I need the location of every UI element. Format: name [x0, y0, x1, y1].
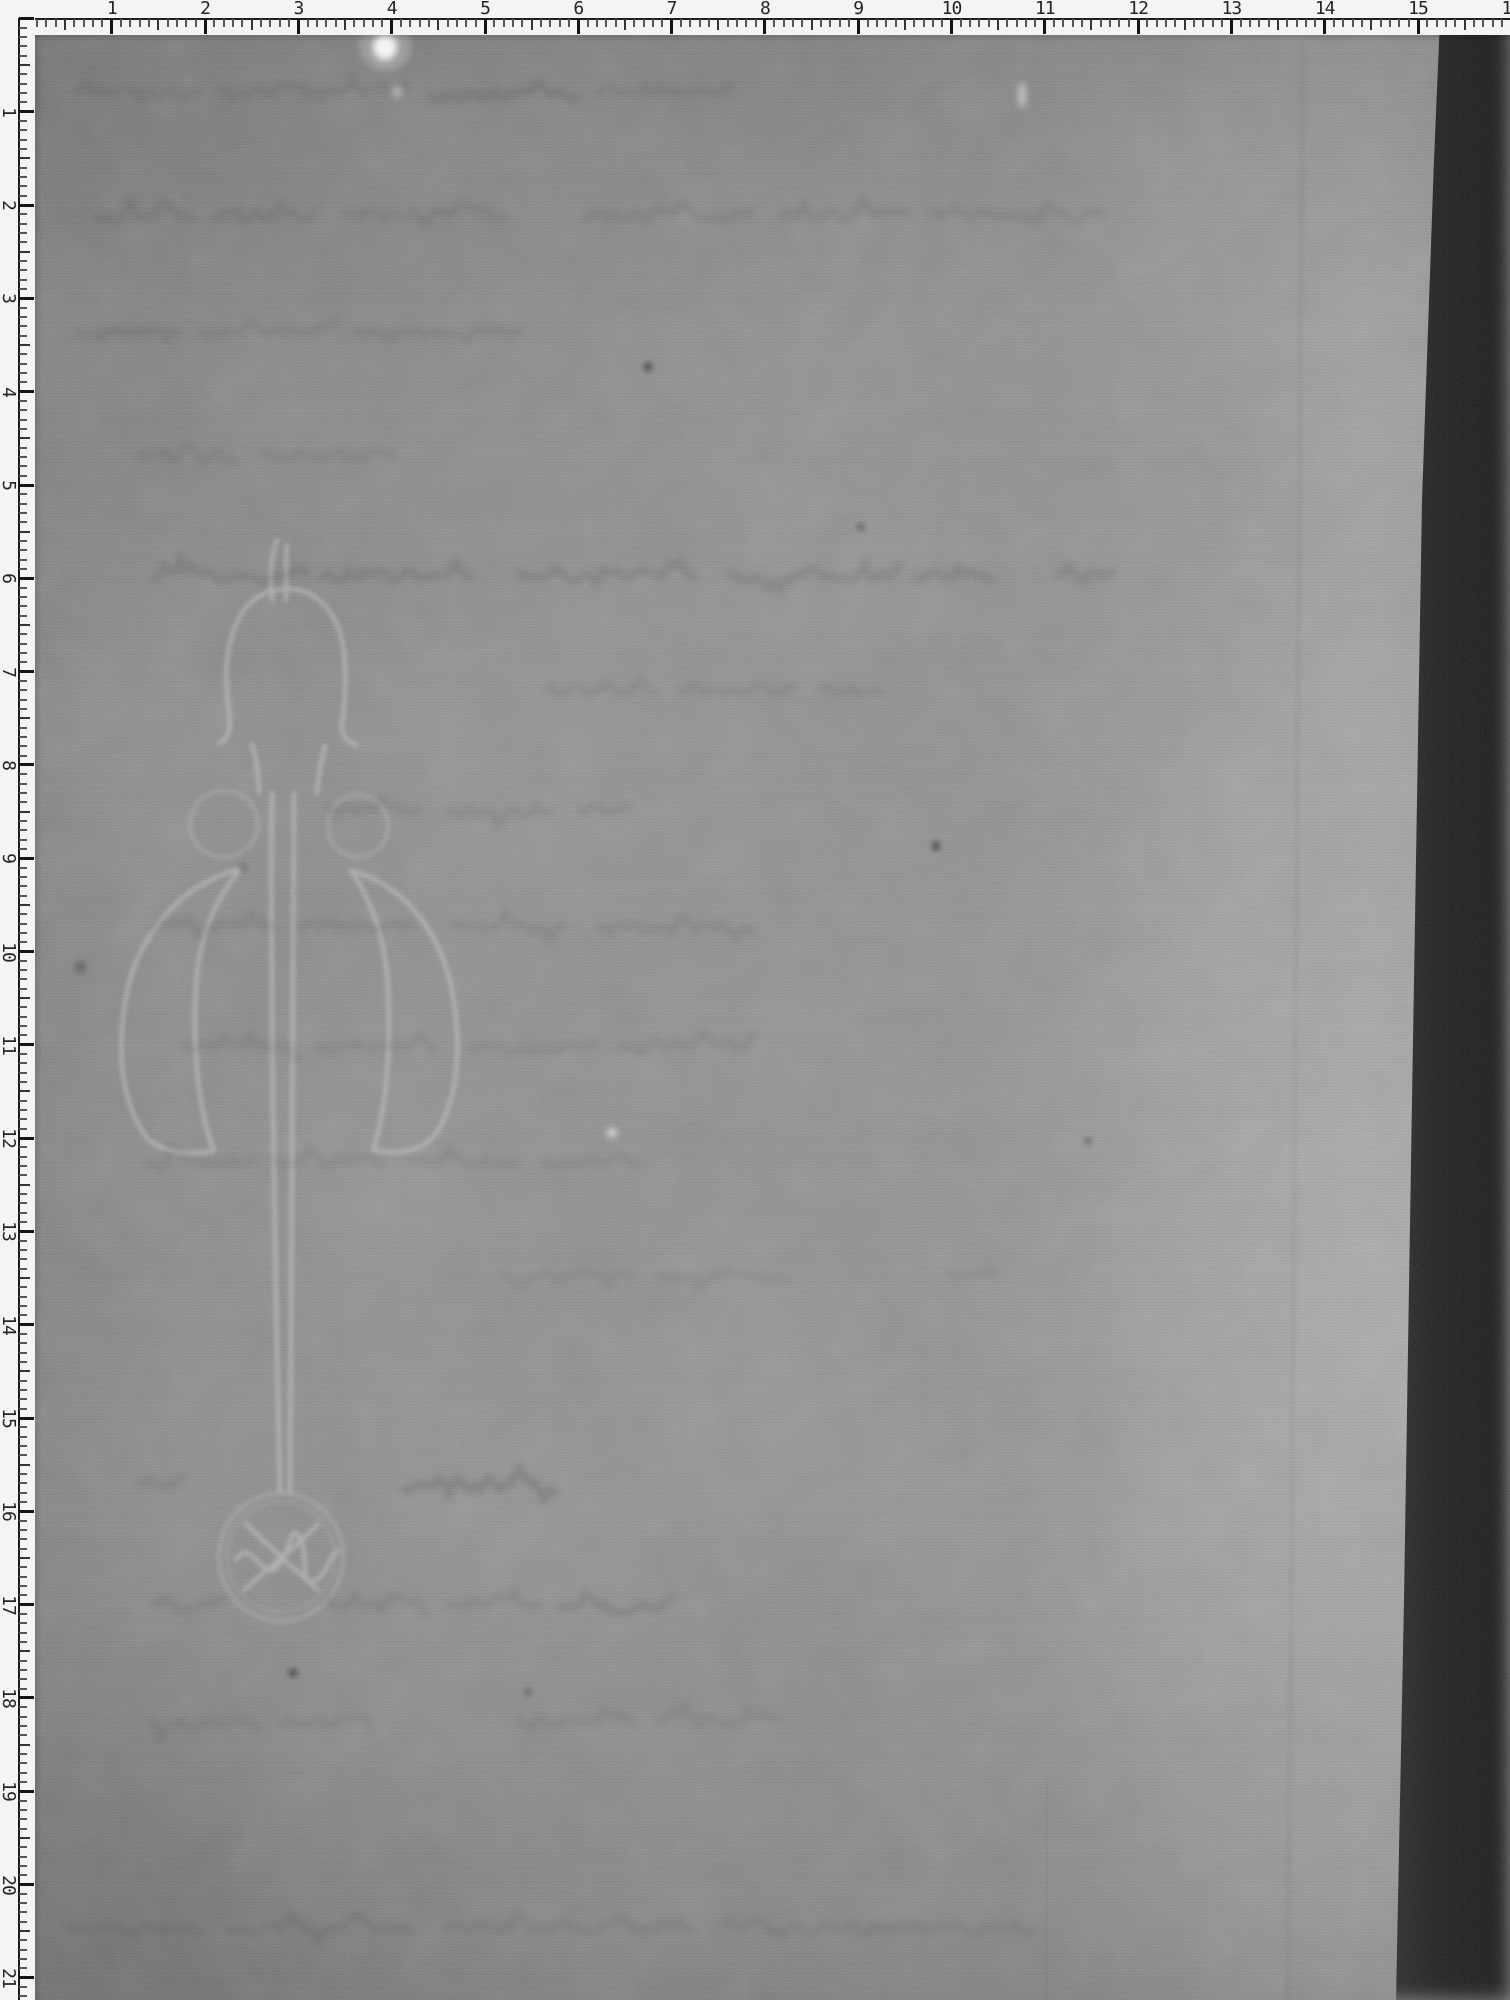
- mm-tick: [325, 19, 327, 27]
- mm-tick: [19, 1557, 30, 1559]
- cm-tick: [19, 297, 34, 300]
- mm-tick: [811, 19, 813, 30]
- mm-tick: [923, 19, 925, 27]
- mm-tick: [447, 19, 449, 27]
- mm-tick: [19, 372, 27, 374]
- mm-tick: [997, 19, 999, 30]
- mm-tick: [19, 1772, 27, 1774]
- mm-tick: [45, 19, 47, 27]
- mm-tick: [19, 1277, 30, 1279]
- mm-tick: [969, 19, 971, 27]
- mm-tick: [19, 1566, 27, 1568]
- mm-tick: [19, 923, 27, 925]
- cm-tick: [19, 670, 34, 673]
- mm-tick: [19, 1240, 27, 1242]
- mm-tick: [316, 19, 318, 27]
- mm-tick: [988, 19, 990, 27]
- ruler-left-label: 13: [0, 1222, 17, 1242]
- mm-tick: [19, 820, 27, 822]
- ruler-left-label: 14: [0, 1315, 17, 1335]
- mm-tick: [19, 1753, 27, 1755]
- mm-tick: [885, 19, 887, 27]
- mm-tick: [19, 1034, 27, 1036]
- ruler-left-label: 17: [0, 1595, 17, 1615]
- mm-tick: [19, 167, 27, 169]
- mm-tick: [335, 19, 337, 27]
- mm-tick: [19, 736, 27, 738]
- mm-tick: [19, 1109, 27, 1111]
- mm-tick: [1296, 19, 1298, 27]
- mm-tick: [932, 19, 934, 27]
- mm-tick: [521, 19, 523, 27]
- ruler-top-label: 1: [107, 0, 117, 18]
- mm-tick: [1361, 19, 1363, 27]
- cm-tick: [19, 1043, 34, 1046]
- mm-tick: [19, 885, 27, 887]
- ruler-top-label: 14: [1315, 0, 1335, 18]
- mm-tick: [19, 195, 27, 197]
- mm-tick: [269, 19, 271, 27]
- mm-tick: [19, 1380, 27, 1382]
- mm-tick: [19, 652, 27, 654]
- mm-tick: [19, 129, 27, 131]
- mm-tick: [19, 587, 27, 589]
- mm-tick: [531, 19, 533, 30]
- cm-tick: [19, 110, 34, 113]
- mm-tick: [820, 19, 822, 27]
- mm-tick: [19, 997, 30, 999]
- cm-tick: [1230, 19, 1233, 34]
- mm-tick: [19, 213, 27, 215]
- mm-tick: [19, 1454, 27, 1456]
- cm-tick: [19, 763, 34, 766]
- mm-tick: [19, 1632, 27, 1634]
- mm-tick: [19, 1706, 27, 1708]
- mm-tick: [36, 19, 38, 27]
- mm-tick: [1268, 19, 1270, 27]
- cm-tick: [484, 19, 487, 34]
- mm-tick: [549, 19, 551, 27]
- mm-tick: [1025, 19, 1027, 27]
- mm-tick: [381, 19, 383, 27]
- mm-tick: [92, 19, 94, 27]
- mm-tick: [19, 549, 27, 551]
- mm-tick: [19, 755, 27, 757]
- mm-tick: [19, 801, 27, 803]
- mm-tick: [1165, 19, 1167, 27]
- mm-tick: [19, 1734, 27, 1736]
- mm-tick: [19, 1464, 30, 1466]
- mm-tick: [19, 1716, 27, 1718]
- mm-tick: [19, 1781, 27, 1783]
- mm-tick: [19, 1688, 27, 1690]
- mm-tick: [353, 19, 355, 27]
- mm-tick: [19, 120, 27, 122]
- mm-tick: [19, 1249, 27, 1251]
- mm-tick: [19, 241, 27, 243]
- mm-tick: [1174, 19, 1176, 27]
- mm-tick: [19, 559, 27, 561]
- cm-tick: [1417, 19, 1420, 34]
- ruler-left-label: 1: [0, 107, 17, 117]
- mm-tick: [1249, 19, 1251, 27]
- ruler-left-label: 6: [0, 573, 17, 583]
- mm-tick: [1380, 19, 1382, 27]
- mm-tick: [19, 1846, 27, 1848]
- ruler-paper-seam-top: [35, 35, 1510, 42]
- mm-tick: [1454, 19, 1456, 27]
- ruler-top-label: 12: [1128, 0, 1148, 18]
- mm-tick: [19, 745, 27, 747]
- mm-tick: [1100, 19, 1102, 27]
- ruler-left-label: 12: [0, 1128, 17, 1148]
- mm-tick: [727, 19, 729, 27]
- mm-tick: [101, 19, 103, 27]
- mm-tick: [456, 19, 458, 27]
- ruler-left-label: 4: [0, 387, 17, 397]
- mm-tick: [344, 19, 346, 30]
- mm-tick: [1370, 19, 1372, 30]
- mm-tick: [19, 1473, 27, 1475]
- mm-tick: [633, 19, 635, 27]
- mm-tick: [475, 19, 477, 27]
- mm-tick: [1398, 19, 1400, 27]
- mm-tick: [19, 941, 27, 943]
- mm-tick: [19, 615, 27, 617]
- mm-tick: [19, 260, 27, 262]
- mm-tick: [19, 1622, 27, 1624]
- mm-tick: [783, 19, 785, 27]
- mm-tick: [19, 1800, 27, 1802]
- mm-tick: [307, 19, 309, 27]
- ruler-top-label: 6: [573, 0, 583, 18]
- mm-tick: [19, 1025, 27, 1027]
- mm-tick: [801, 19, 803, 27]
- mm-tick: [19, 176, 27, 178]
- mm-tick: [157, 19, 159, 30]
- mm-tick: [1492, 19, 1494, 27]
- mm-tick: [19, 932, 27, 934]
- mm-tick: [1006, 19, 1008, 27]
- mm-tick: [19, 1641, 27, 1643]
- mm-tick: [1212, 19, 1214, 27]
- mm-tick: [19, 1016, 27, 1018]
- ruler-top-label: 2: [200, 0, 210, 18]
- mm-tick: [232, 19, 234, 27]
- mm-tick: [19, 811, 30, 813]
- mm-tick: [19, 92, 27, 94]
- mm-tick: [1501, 19, 1503, 27]
- mm-tick: [19, 1995, 27, 1997]
- mm-tick: [1146, 19, 1148, 27]
- mm-tick: [19, 1548, 27, 1550]
- cm-tick: [19, 1323, 34, 1326]
- mm-tick: [223, 19, 225, 27]
- mm-tick: [19, 783, 27, 785]
- mm-tick: [167, 19, 169, 27]
- mm-tick: [1305, 19, 1307, 27]
- mm-tick: [19, 1520, 27, 1522]
- mm-tick: [19, 1053, 27, 1055]
- ruler-left-label: 21: [0, 1968, 17, 1988]
- ruler-left-label: 2: [0, 200, 17, 210]
- mm-tick: [19, 1725, 27, 1727]
- mm-tick: [19, 1585, 27, 1587]
- mm-tick: [19, 512, 27, 514]
- mm-tick: [19, 1492, 27, 1494]
- film-grain: [0, 0, 1510, 2000]
- mm-tick: [19, 1538, 27, 1540]
- mm-tick: [19, 1296, 27, 1298]
- mm-tick: [260, 19, 262, 27]
- cm-tick: [19, 1137, 34, 1140]
- mm-tick: [19, 717, 30, 719]
- mm-tick: [19, 1613, 27, 1615]
- cm-tick: [297, 19, 300, 34]
- mm-tick: [1258, 19, 1260, 27]
- mm-tick: [19, 353, 27, 355]
- mm-tick: [465, 19, 467, 27]
- cm-tick: [1137, 19, 1140, 34]
- mm-tick: [512, 19, 514, 27]
- mm-tick: [1482, 19, 1484, 27]
- cm-tick: [670, 19, 673, 34]
- mm-tick: [19, 1062, 27, 1064]
- cm-tick: [19, 17, 34, 20]
- mm-tick: [129, 19, 131, 27]
- mm-tick: [73, 19, 75, 27]
- mm-tick: [19, 624, 30, 626]
- mm-tick: [19, 895, 27, 897]
- mm-tick: [363, 19, 365, 27]
- mm-tick: [19, 148, 27, 150]
- mm-tick: [19, 1669, 27, 1671]
- mm-tick: [241, 19, 243, 27]
- mm-tick: [1193, 19, 1195, 27]
- mm-tick: [19, 101, 27, 103]
- mm-tick: [19, 157, 30, 159]
- mm-tick: [19, 1156, 27, 1158]
- mm-tick: [895, 19, 897, 27]
- mm-tick: [652, 19, 654, 27]
- mm-tick: [559, 19, 561, 27]
- mm-tick: [773, 19, 775, 27]
- cm-tick: [950, 19, 953, 34]
- cm-tick: [19, 1603, 34, 1606]
- mm-tick: [19, 493, 27, 495]
- mm-tick: [1436, 19, 1438, 27]
- mm-tick: [64, 19, 66, 30]
- mm-tick: [19, 1939, 27, 1941]
- cm-tick: [857, 19, 860, 34]
- mm-tick: [19, 1305, 27, 1307]
- mm-tick: [19, 633, 27, 635]
- mm-tick: [1426, 19, 1428, 27]
- mm-tick: [19, 465, 27, 467]
- cm-tick: [763, 19, 766, 34]
- mm-tick: [19, 1911, 27, 1913]
- mm-tick: [19, 1529, 27, 1531]
- ruler-top-label: 8: [760, 0, 770, 18]
- mm-tick: [19, 232, 27, 234]
- mm-tick: [596, 19, 598, 27]
- mm-tick: [19, 223, 27, 225]
- mm-tick: [839, 19, 841, 27]
- mm-tick: [120, 19, 122, 27]
- mm-tick: [19, 288, 27, 290]
- cm-tick: [110, 19, 113, 34]
- ruler-left-label: 18: [0, 1688, 17, 1708]
- ruler-left-label: 3: [0, 293, 17, 303]
- ruler-left-label: 7: [0, 667, 17, 677]
- mm-tick: [19, 1986, 27, 1988]
- mm-tick: [19, 876, 27, 878]
- mm-tick: [19, 1268, 27, 1270]
- mm-tick: [19, 1865, 27, 1867]
- mm-tick: [503, 19, 505, 27]
- mm-tick: [19, 661, 27, 663]
- mm-tick: [19, 680, 27, 682]
- mm-tick: [19, 1930, 30, 1932]
- mm-tick: [1053, 19, 1055, 27]
- mm-tick: [19, 1202, 27, 1204]
- ruler-top-label: 15: [1408, 0, 1428, 18]
- ruler-top-label: 7: [667, 0, 677, 18]
- mm-tick: [1464, 19, 1466, 30]
- mm-tick: [708, 19, 710, 27]
- mm-tick: [19, 839, 27, 841]
- mm-tick: [493, 19, 495, 27]
- ruler-top-label: 4: [387, 0, 397, 18]
- mm-tick: [19, 773, 27, 775]
- ruler-top-label: 9: [853, 0, 863, 18]
- mm-tick: [717, 19, 719, 30]
- mm-tick: [876, 19, 878, 27]
- mm-tick: [428, 19, 430, 27]
- mm-tick: [19, 381, 27, 383]
- mm-tick: [19, 988, 27, 990]
- mm-tick: [19, 1809, 27, 1811]
- mm-tick: [19, 45, 27, 47]
- mm-tick: [185, 19, 187, 27]
- mm-tick: [19, 1921, 27, 1923]
- cm-tick: [1043, 19, 1046, 34]
- mm-tick: [19, 1949, 27, 1951]
- ruler-left-label: 10: [0, 942, 17, 962]
- ruler-paper-seam-left: [35, 35, 42, 2000]
- ruler-top-cm: 012345678910111213141516: [0, 0, 1510, 35]
- mm-tick: [19, 1128, 27, 1130]
- mm-tick: [19, 1193, 27, 1195]
- mm-tick: [19, 1576, 27, 1578]
- mm-tick: [19, 344, 30, 346]
- mm-tick: [19, 437, 30, 439]
- mm-tick: [19, 1072, 27, 1074]
- mm-tick: [19, 1389, 27, 1391]
- mm-tick: [19, 596, 27, 598]
- manuscript-transmitted-light-scan: 012345678910111213141516 123456789101112…: [0, 0, 1510, 2000]
- mm-tick: [19, 447, 27, 449]
- mm-tick: [19, 1660, 27, 1662]
- ruler-left-cm: 123456789101112131415161718192021: [0, 0, 35, 2000]
- mm-tick: [568, 19, 570, 27]
- mm-tick: [19, 792, 27, 794]
- mm-tick: [19, 904, 30, 906]
- mm-tick: [19, 1594, 27, 1596]
- mm-tick: [19, 1837, 30, 1839]
- mm-tick: [19, 1352, 27, 1354]
- mm-tick: [19, 1174, 27, 1176]
- cm-tick: [19, 484, 34, 487]
- mm-tick: [19, 503, 27, 505]
- mm-tick: [1118, 19, 1120, 27]
- mm-tick: [19, 1650, 30, 1652]
- mm-tick: [19, 1482, 27, 1484]
- cm-tick: [204, 19, 207, 34]
- mm-tick: [19, 969, 27, 971]
- mm-tick: [661, 19, 663, 27]
- mm-tick: [251, 19, 253, 30]
- mm-tick: [19, 428, 27, 430]
- mm-tick: [19, 540, 27, 542]
- ruler-top-label: 3: [293, 0, 303, 18]
- mm-tick: [19, 1398, 27, 1400]
- grain-overlay: [0, 0, 1510, 2000]
- mm-tick: [419, 19, 421, 27]
- mm-tick: [689, 19, 691, 27]
- ruler-top-label: 13: [1222, 0, 1242, 18]
- mm-tick: [960, 19, 962, 27]
- mm-tick: [19, 1967, 27, 1969]
- mm-tick: [904, 19, 906, 30]
- mm-tick: [1221, 19, 1223, 27]
- mm-tick: [19, 1762, 27, 1764]
- mm-tick: [19, 1678, 27, 1680]
- mm-tick: [19, 1408, 27, 1410]
- mm-tick: [755, 19, 757, 27]
- cm-tick: [19, 1883, 34, 1886]
- mm-tick: [19, 1744, 30, 1746]
- mm-tick: [19, 531, 30, 533]
- ruler-left-label: 20: [0, 1875, 17, 1895]
- mm-tick: [19, 960, 27, 962]
- mm-tick: [540, 19, 542, 27]
- mm-tick: [1277, 19, 1279, 30]
- mm-tick: [19, 335, 27, 337]
- mm-tick: [19, 829, 27, 831]
- mm-tick: [699, 19, 701, 27]
- mm-tick: [792, 19, 794, 27]
- mm-tick: [19, 400, 27, 402]
- cm-tick: [19, 577, 34, 580]
- mm-tick: [19, 316, 27, 318]
- mm-tick: [1389, 19, 1391, 27]
- mm-tick: [19, 1370, 30, 1372]
- mm-tick: [1473, 19, 1475, 27]
- mm-tick: [19, 1436, 27, 1438]
- mm-tick: [19, 185, 27, 187]
- mm-tick: [19, 419, 27, 421]
- cm-tick: [19, 857, 34, 860]
- mm-tick: [19, 1893, 27, 1895]
- mm-tick: [1342, 19, 1344, 27]
- mm-tick: [19, 978, 27, 980]
- cm-tick: [19, 1790, 34, 1793]
- mm-tick: [867, 19, 869, 27]
- mm-tick: [372, 19, 374, 27]
- mm-tick: [19, 27, 27, 29]
- mm-tick: [587, 19, 589, 27]
